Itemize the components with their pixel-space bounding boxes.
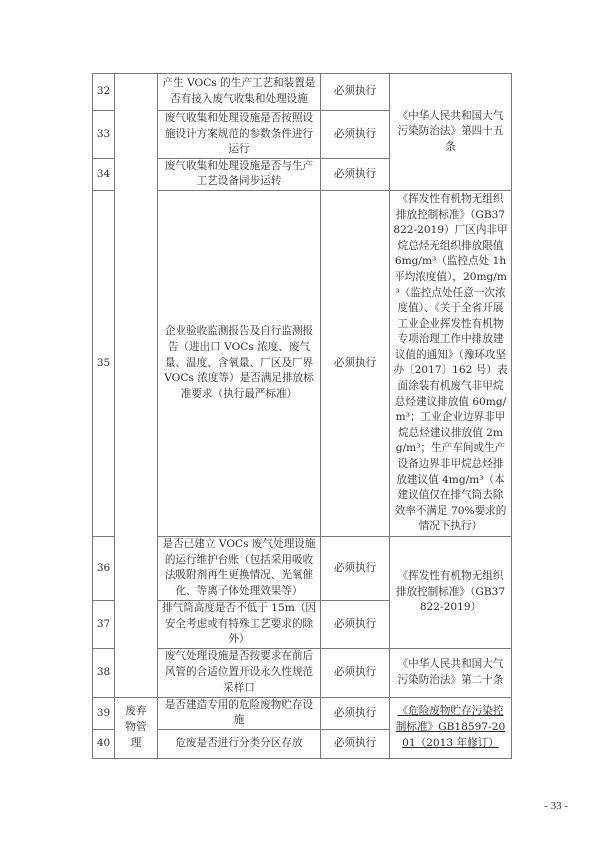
requirement-level: 必须执行 [321,190,390,536]
row-number: 37 [93,600,115,648]
row-number: 36 [93,536,115,600]
table-row: 39 废弃物管理 是否建造专用的危险废物贮存设施 必须执行 《危险废物贮存污染控… [93,697,512,729]
row-number: 32 [93,74,115,111]
category-waste-management: 废弃物管理 [115,697,158,758]
check-item: 危废是否进行分类分区存放 [158,729,321,758]
row-number: 35 [93,190,115,536]
requirement-level: 必须执行 [321,697,390,729]
row-number: 33 [93,111,115,159]
row-number: 38 [93,648,115,697]
legal-basis: 《中华人民共和国大气污染防治法》第四十五条 [390,74,512,191]
legal-basis: 《挥发性有机物无组织排放控制标准》（GB37822-2019）厂区内非甲烷总烃无… [390,190,512,536]
row-number: 34 [93,158,115,190]
row-number: 40 [93,729,115,758]
requirement-level: 必须执行 [321,74,390,111]
requirement-level: 必须执行 [321,729,390,758]
requirement-level: 必须执行 [321,536,390,600]
row-number: 39 [93,697,115,729]
check-item: 产生 VOCs 的生产工艺和装置是否有接入废气收集和处理设施 [158,74,321,111]
check-item: 是否已建立 VOCs 废气处理设施的运行维护台账（包括采用吸收法吸附剂再生更换情… [158,536,321,600]
legal-basis: 《危险废物贮存污染控制标准》GB18597-2001（2013 年修订） [390,697,512,758]
document-page: 32 产生 VOCs 的生产工艺和装置是否有接入废气收集和处理设施 必须执行 《… [0,0,600,848]
page-number: - 33 - [0,800,568,812]
table-row: 32 产生 VOCs 的生产工艺和装置是否有接入废气收集和处理设施 必须执行 《… [93,74,512,111]
requirement-level: 必须执行 [321,111,390,159]
category-cell [115,74,158,698]
check-item: 排气筒高度是否不低于 15m（因安全考虑或有特殊工艺要求的除外） [158,600,321,648]
check-item: 废气收集和处理设施是否按照设施设计方案规范的参数条件进行运行 [158,111,321,159]
requirement-level: 必须执行 [321,648,390,697]
check-item: 废气处理设施是否按要求在前后风管的合适位置开设永久性规范采样口 [158,648,321,697]
inspection-checklist-table: 32 产生 VOCs 的生产工艺和装置是否有接入废气收集和处理设施 必须执行 《… [92,73,512,759]
requirement-level: 必须执行 [321,158,390,190]
requirement-level: 必须执行 [321,600,390,648]
check-item: 是否建造专用的危险废物贮存设施 [158,697,321,729]
legal-basis: 《中华人民共和国大气污染防治法》第二十条 [390,648,512,697]
legal-basis: 《挥发性有机物无组织排放控制标准》（GB37822-2019） [390,536,512,648]
check-item: 废气收集和处理设施是否与生产工艺设备同步运转 [158,158,321,190]
check-item: 企业验收监测报告及自行监测报告（进出口 VOCs 浓度、废气量、温度、含氧量、厂… [158,190,321,536]
